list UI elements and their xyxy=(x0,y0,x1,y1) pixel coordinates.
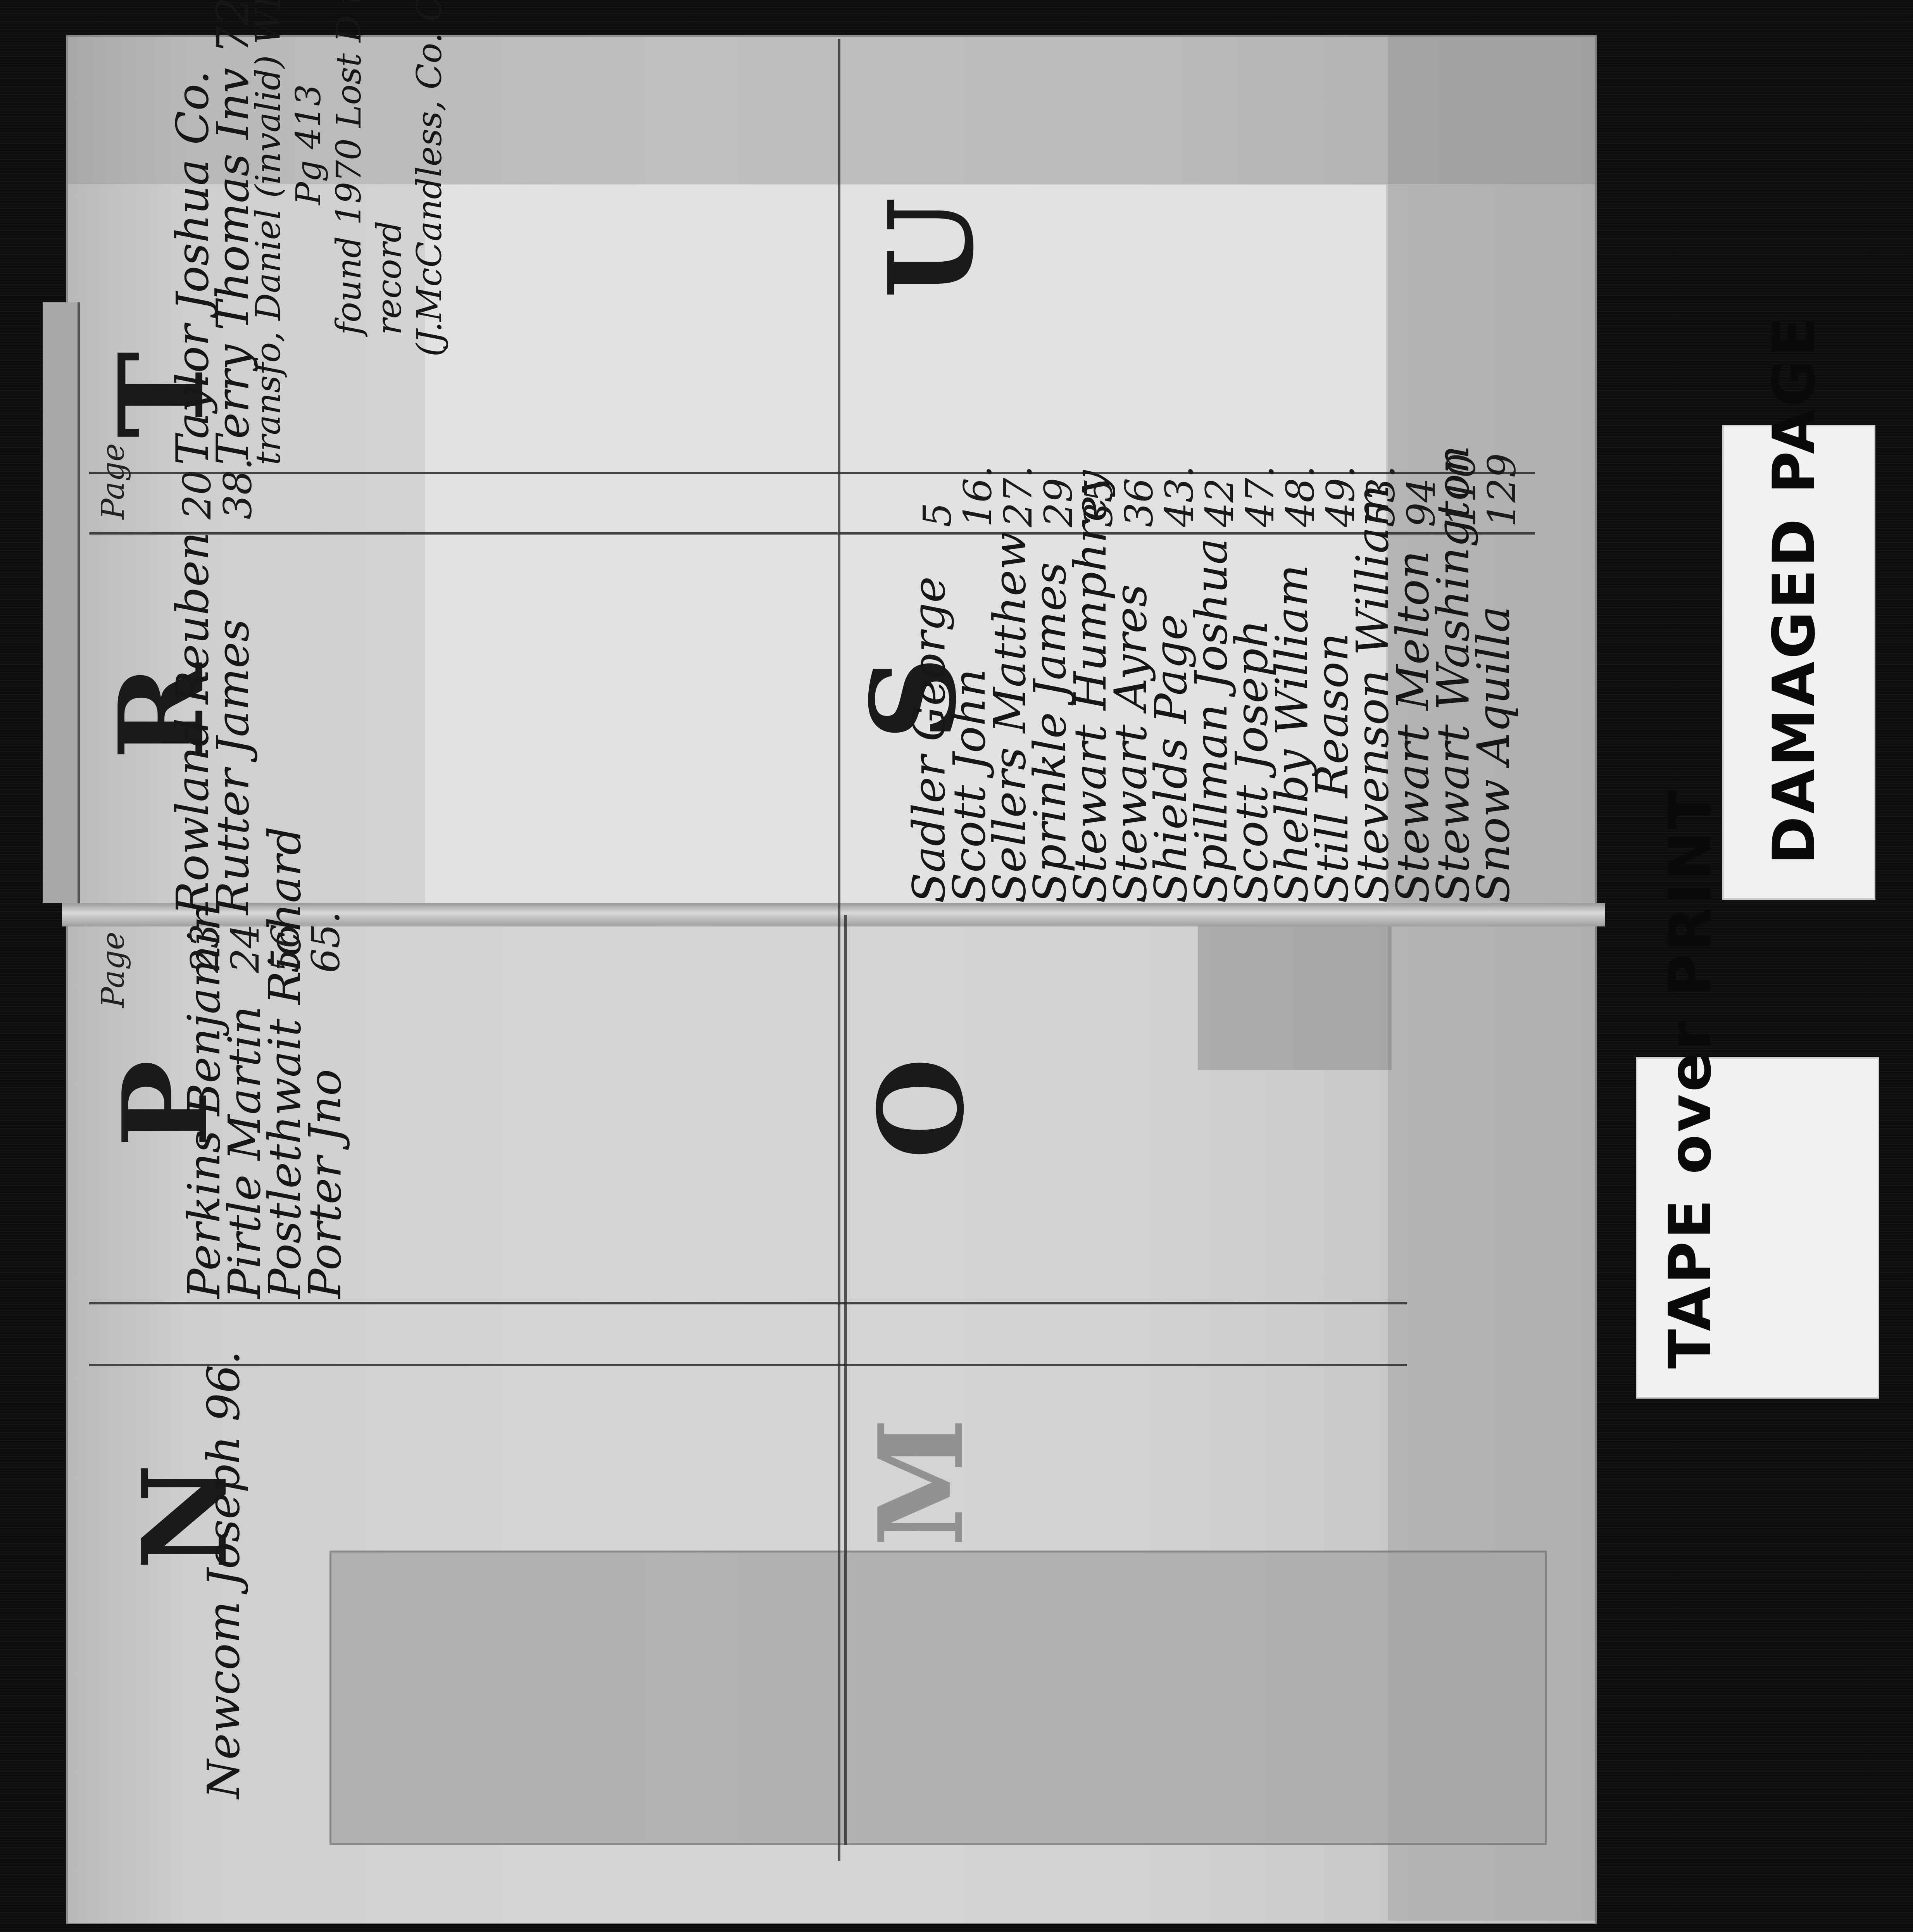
page-number: 129 xyxy=(1479,453,1520,527)
page-number: 23 xyxy=(182,911,223,973)
tape-patch xyxy=(1198,915,1392,1070)
list-item: transfo, Daniel (invalid) WILLS BK E xyxy=(251,0,292,465)
center-rule-double xyxy=(844,915,847,1845)
page-column-heading: Page xyxy=(95,443,131,519)
list-item: record xyxy=(372,0,412,465)
list-item: (J.McCandless, Co. Clk) xyxy=(412,0,453,465)
page-number: 24 xyxy=(223,911,263,973)
section-P-list: Perkins Benjamin Pirtle Martin Postlethw… xyxy=(182,826,343,1299)
page-number: 20 xyxy=(174,470,220,519)
list-item: Newcom Joseph 96. xyxy=(202,1351,242,1799)
page-number: 16. xyxy=(955,453,995,527)
page-number: 56 xyxy=(263,911,303,973)
page-number: 48. xyxy=(1278,453,1318,527)
page-number: 5 xyxy=(915,453,955,527)
tape-over-print-label: TAPE over PRINT xyxy=(1657,788,1724,1369)
page-number: 36 xyxy=(1116,453,1157,527)
page-number: 94 xyxy=(1399,453,1439,527)
list-item: Perkins Benjamin xyxy=(182,826,223,1299)
list-item: Terry Thomas Inv 72 xyxy=(211,0,251,465)
page-column-heading: Page xyxy=(95,932,131,1008)
damaged-page-label: DAMAGED PAGE xyxy=(1761,315,1828,864)
section-letter-M: M xyxy=(853,1418,990,1547)
section-P-pages: 23 24 56 65. xyxy=(182,911,343,973)
page-number: 27. xyxy=(995,453,1036,527)
page-number: 43. xyxy=(1157,453,1197,527)
page-number: 42 xyxy=(1197,453,1237,527)
page-number: 65. xyxy=(303,911,343,973)
page-number: 110 xyxy=(1439,453,1479,527)
tape-over-print-card: TAPE over PRINT xyxy=(1636,1057,1879,1399)
list-item: Postlethwait Richard xyxy=(263,826,303,1299)
section-T-list: Taylor Joshua Co. Terry Thomas Inv 72 tr… xyxy=(171,0,453,465)
section-S-pages: 5 16. 27. 29 35 36 43. 42 47. 48. 49. 53… xyxy=(915,453,1520,527)
section-letter-O: O xyxy=(853,1058,990,1159)
lower-tape-patch xyxy=(329,1551,1547,1845)
page-number: 29 xyxy=(1036,453,1076,527)
section-N-list: Newcom Joseph 96. xyxy=(202,1351,242,1799)
damaged-page-card: DAMAGED PAGE xyxy=(1722,425,1875,900)
list-item: Pirtle Martin xyxy=(223,826,263,1299)
list-item: Pg 413 xyxy=(292,0,332,465)
torn-edge xyxy=(43,302,80,903)
center-rule xyxy=(838,39,840,1861)
page-number: 53. xyxy=(1358,453,1399,527)
page-number: 47. xyxy=(1237,453,1278,527)
rule-line xyxy=(89,1364,1407,1366)
rule-line xyxy=(89,1302,1407,1304)
list-item: Taylor Joshua Co. xyxy=(171,0,211,465)
page-number: 35 xyxy=(1076,453,1116,527)
page-number: 49. xyxy=(1318,453,1358,527)
section-letter-U: U xyxy=(862,197,999,298)
list-item: found 1970 Lost D to xyxy=(332,0,372,465)
page-number: 38. xyxy=(215,458,260,519)
